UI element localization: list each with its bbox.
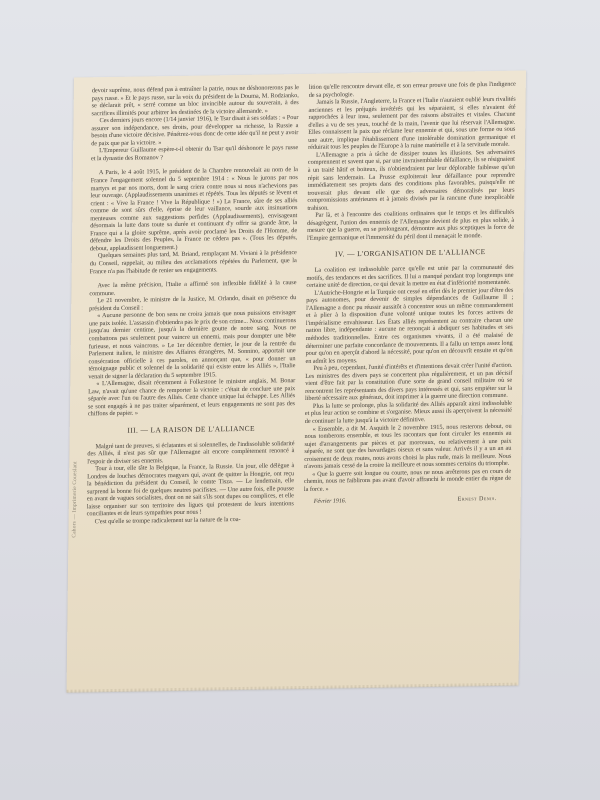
- paragraph: Jamais la Russie, l'Angleterre, la Franc…: [308, 96, 516, 152]
- paragraph: Ces derniers jours encore (1/14 janvier …: [91, 114, 298, 147]
- paragraph: Tour à tour, elle tâte la Belgique, la F…: [87, 462, 295, 518]
- left-top-paragraphs: devoir suprême, nous défend pas à entraî…: [91, 84, 299, 163]
- paragraph: Peu à peu, cependant, l'unité d'intérêts…: [305, 362, 512, 403]
- section-iv-paragraphs: La coalition est indissoluble parce qu'e…: [304, 264, 514, 494]
- paragraph: La coalition est indissoluble parce qu'e…: [306, 264, 513, 290]
- printer-margin-note: Cahors — Imprimerie Coueslant: [71, 461, 78, 537]
- document-page: Cahors — Imprimerie Coueslant devoir sup…: [67, 70, 526, 691]
- paragraph: « Que la guerre soit longue ou courte, n…: [304, 468, 511, 494]
- paragraph: « Ensemble, a dit M. Asquith le 2 novemb…: [304, 422, 512, 471]
- paragraph: Quelques semaines plus tard, M. Briand, …: [90, 250, 297, 276]
- text-columns: devoir suprême, nous défend pas à entraî…: [85, 81, 516, 634]
- paragraph: L'Empereur Guillaume espère-t-il obtenir…: [91, 144, 298, 162]
- paragraph: Malgré tant de preuves, si éclatantes et…: [87, 440, 294, 466]
- france-paragraphs: A Paris, le 4 août 1915, le président de…: [90, 167, 298, 276]
- paragraph: L'Allemagne a pris à tâche de dissiper t…: [307, 149, 515, 213]
- italy-paragraphs: Avec la même précision, l'Italie a affir…: [88, 279, 297, 418]
- paragraph: devoir suprême, nous défend pas à entraî…: [92, 84, 299, 117]
- section-iv-heading: IV. — L'ORGANISATION DE L'ALLIANCE: [307, 248, 514, 259]
- left-column: devoir suprême, nous défend pas à entraî…: [85, 84, 299, 633]
- paragraph: Plus la lutte se prolonge, plus la solid…: [305, 400, 512, 426]
- paragraph: « L'Allemagne, disait récemment à Folkes…: [88, 377, 295, 418]
- paragraph: A Paris, le 4 août 1915, le président de…: [90, 167, 298, 253]
- paragraph: Par là, et à l'encontre des coalitions o…: [307, 209, 514, 242]
- paragraph: L'Autriche-Hongrie et la Turquie ont ces…: [305, 286, 513, 365]
- signature-row: Février 1916. Ernest Denis.: [304, 496, 511, 507]
- section-iii-paragraphs: Malgré tant de preuves, si éclatantes et…: [87, 440, 295, 526]
- publication-date: Février 1916.: [304, 499, 347, 507]
- right-column: lition qu'elle rencontre devant elle, et…: [302, 81, 516, 630]
- author-signature: Ernest Denis.: [458, 496, 511, 504]
- section-iii-heading: III. — LA RAISON DE L'ALLIANCE: [88, 424, 295, 435]
- paragraph: « Aucune personne de bon sens ne croira …: [88, 309, 296, 380]
- right-top-paragraphs: lition qu'elle rencontre devant elle, et…: [307, 81, 516, 243]
